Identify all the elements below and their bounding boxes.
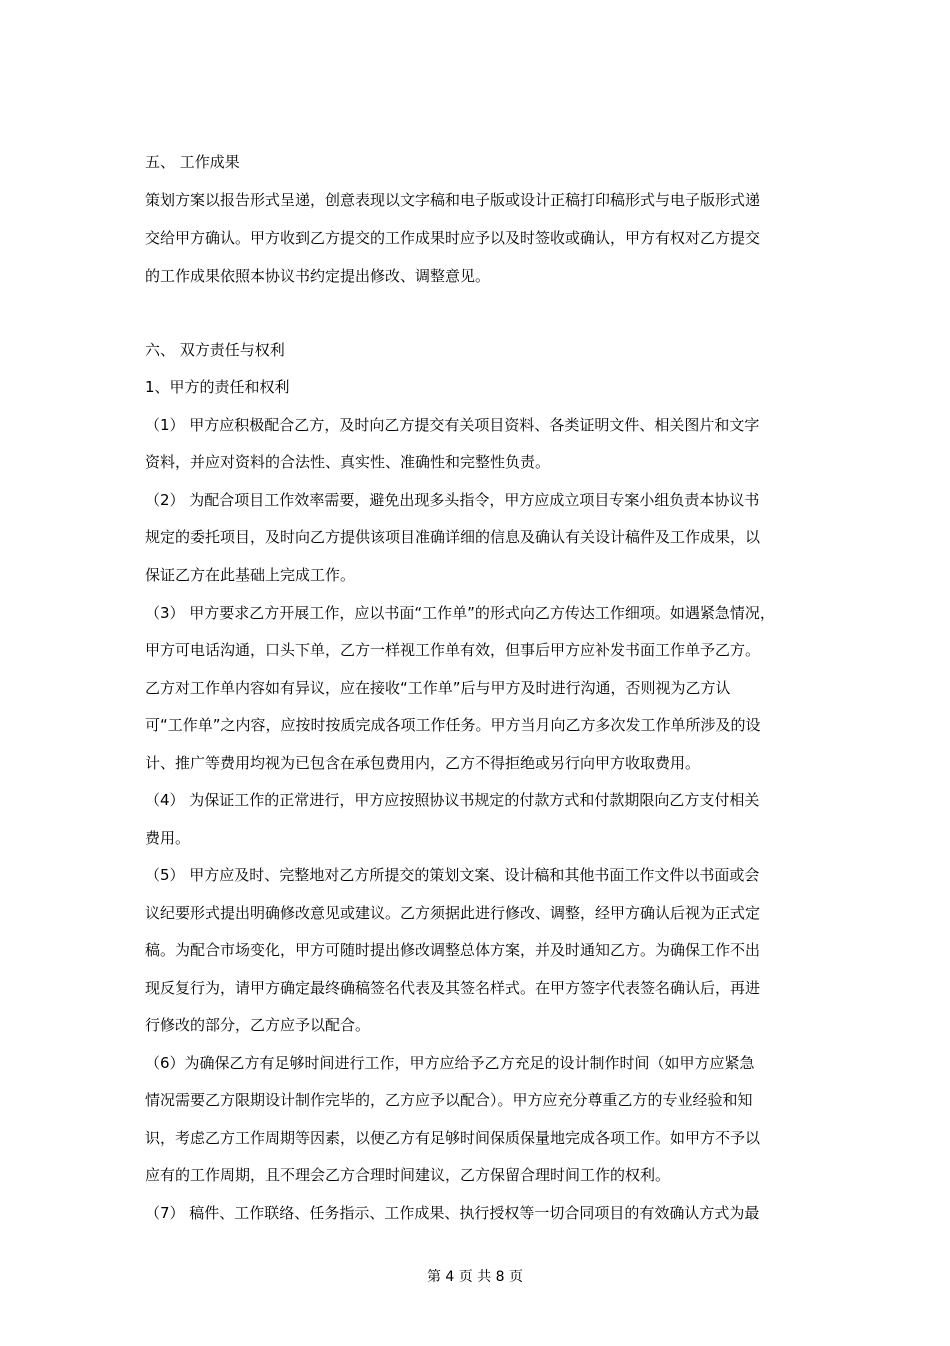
paragraph-line: 可“工作单”之内容，应按时按质完成各项工作任务。甲方当月向乙方多次发工作单所涉及…	[145, 715, 761, 735]
paragraph-line: 识，考虑乙方工作周期等因素，以便乙方有足够时间保质保量地完成各项工作。如甲方不予…	[145, 1128, 760, 1148]
section-heading: 五、 工作成果	[145, 152, 240, 172]
section-heading: 六、 双方责任与权利	[145, 340, 285, 360]
paragraph-line: 稿。为配合市场变化，甲方可随时提出修改调整总体方案，并及时通知乙方。为确保工作不…	[145, 940, 760, 960]
paragraph-line: 乙方对工作单内容如有异议，应在接收“工作单”后与甲方及时进行沟通，否则视为乙方认	[145, 678, 731, 698]
paragraph-line: 交给甲方确认。甲方收到乙方提交的工作成果时应予以及时签收或确认，甲方有权对乙方提…	[145, 228, 760, 248]
paragraph-line: 资料，并应对资料的合法性、真实性、准确性和完整性负责。	[145, 452, 550, 472]
paragraph-line: 现反复行为，请甲方确定最终确稿签名代表及其签名样式。在甲方签字代表签名确认后，再…	[145, 978, 760, 998]
paragraph-line: （4） 为保证工作的正常进行，甲方应按照协议书规定的付款方式和付款期限向乙方支付…	[145, 790, 759, 810]
paragraph-line: 规定的委托项目，及时向乙方提供该项目准确详细的信息及确认有关设计稿件及工作成果，…	[145, 527, 760, 547]
paragraph-line: 的工作成果依照本协议书约定提出修改、调整意见。	[145, 266, 490, 286]
paragraph-line: 计、推广等费用均视为已包含在承包费用内，乙方不得拒绝或另行向甲方收取费用。	[145, 753, 700, 773]
paragraph-line: （1） 甲方应积极配合乙方，及时向乙方提交有关项目资料、各类证明文件、相关图片和…	[145, 415, 759, 435]
paragraph-line: （5） 甲方应及时、完整地对乙方所提交的策划文案、设计稿和其他书面工作文件以书面…	[145, 865, 759, 885]
paragraph-line: （2） 为配合项目工作效率需要，避免出现多头指令，甲方应成立项目专案小组负责本协…	[145, 490, 759, 510]
paragraph-line: 议纪要形式提出明确修改意见或建议。乙方须据此进行修改、调整，经甲方确认后视为正式…	[145, 903, 760, 923]
paragraph-line: 甲方可电话沟通，口头下单，乙方一样视工作单有效，但事后甲方应补发书面工作单予乙方…	[145, 640, 760, 660]
paragraph-line: （6）为确保乙方有足够时间进行工作，甲方应给予乙方充足的设计制作时间（如甲方应紧…	[145, 1053, 755, 1073]
paragraph-line: 情况需要乙方限期设计制作完毕的，乙方应予以配合）。甲方应充分尊重乙方的专业经验和…	[145, 1090, 753, 1110]
paragraph-line: 应有的工作周期，且不理会乙方合理时间建议，乙方保留合理时间工作的权利。	[145, 1165, 670, 1185]
paragraph-line: 策划方案以报告形式呈递，创意表现以文字稿和电子版或设计正稿打印稿形式与电子版形式…	[145, 190, 760, 210]
paragraph-line: （7） 稿件、工作联络、任务指示、工作成果、执行授权等一切合同项目的有效确认方式…	[145, 1203, 759, 1223]
paragraph-line: 保证乙方在此基础上完成工作。	[145, 565, 355, 585]
paragraph-line: （3） 甲方要求乙方开展工作，应以书面“工作单”的形式向乙方传达工作细项。如遇紧…	[145, 603, 775, 623]
paragraph-line: 费用。	[145, 828, 190, 848]
paragraph-line: 行修改的部分，乙方应予以配合。	[145, 1015, 370, 1035]
document-page: 五、 工作成果策划方案以报告形式呈递，创意表现以文字稿和电子版或设计正稿打印稿形…	[0, 0, 950, 1346]
subsection-heading: 1、甲方的责任和权利	[145, 377, 290, 397]
page-number-footer: 第 4 页 共 8 页	[0, 1268, 950, 1286]
